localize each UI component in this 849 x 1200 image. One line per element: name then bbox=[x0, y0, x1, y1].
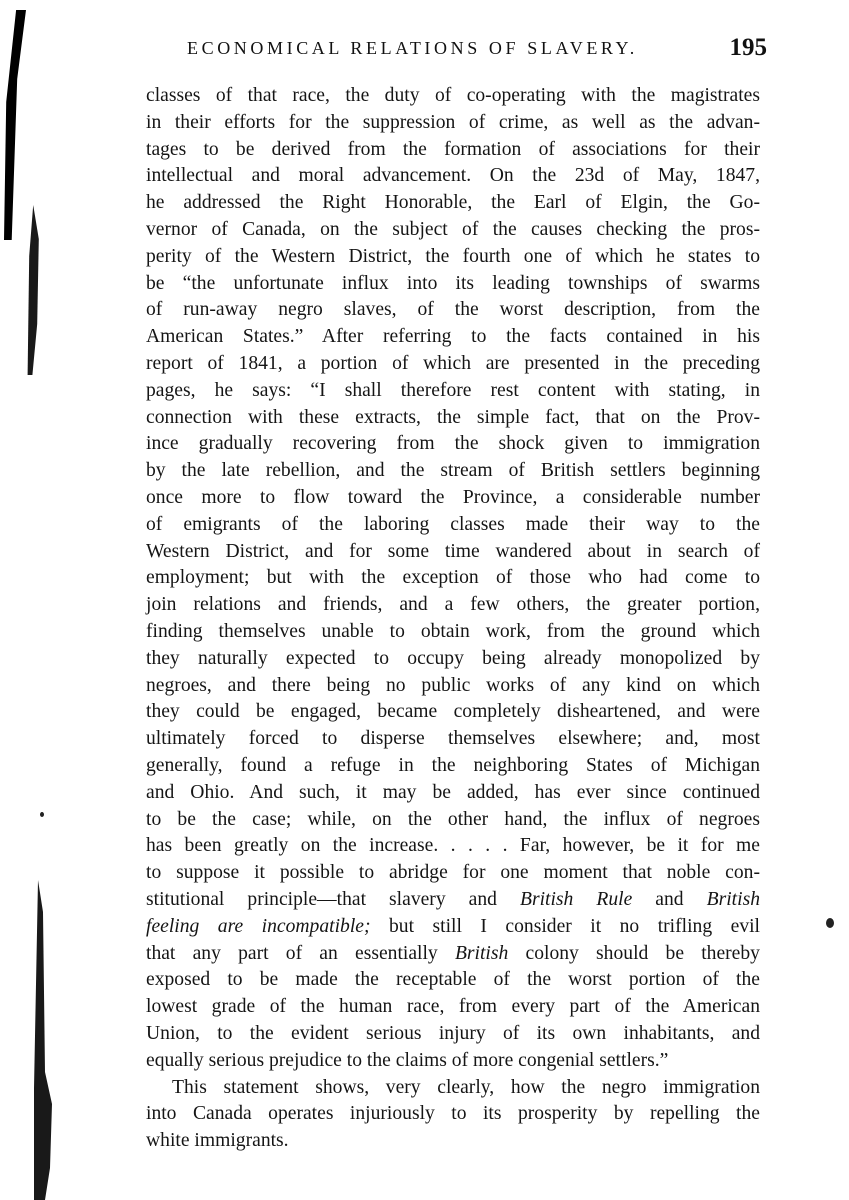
text-line: equally serious prejudice to the claims … bbox=[146, 1047, 760, 1074]
scan-edge-shadow-mid bbox=[26, 205, 42, 375]
text-run: that any part of an essentially bbox=[146, 943, 455, 964]
text-line: intellectual and moral advancement. On t… bbox=[146, 162, 760, 189]
text-line: generally, found a refuge in the neighbo… bbox=[146, 752, 760, 779]
text-line: Western District, and for some time wand… bbox=[146, 538, 760, 565]
text-line: employment; but with the exception of th… bbox=[146, 564, 760, 591]
text-line: perity of the Western District, the four… bbox=[146, 243, 760, 270]
text-line: of emigrants of the laboring classes mad… bbox=[146, 511, 760, 538]
scan-edge-shadow-top bbox=[4, 10, 26, 240]
text-line: exposed to be made the receptable of the… bbox=[146, 966, 760, 993]
text-run: colony should be thereby bbox=[508, 943, 760, 964]
text-run: but still I consider it no trifling evil bbox=[371, 916, 760, 937]
text-line: once more to flow toward the Province, a… bbox=[146, 484, 760, 511]
italic-run: British Rule bbox=[520, 889, 632, 910]
text-line: into Canada operates injuriously to its … bbox=[146, 1100, 760, 1127]
italic-run: British bbox=[455, 943, 508, 964]
text-line: finding themselves unable to obtain work… bbox=[146, 618, 760, 645]
text-line-with-italics: feeling are incompatible; but still I co… bbox=[146, 913, 760, 940]
text-line: connection with these extracts, the simp… bbox=[146, 404, 760, 431]
page-number: 195 bbox=[730, 34, 768, 62]
italic-run: feeling are incompatible; bbox=[146, 916, 371, 937]
text-line: and Ohio. And such, it may be added, has… bbox=[146, 779, 760, 806]
running-title: ECONOMICAL RELATIONS OF SLAVERY. bbox=[187, 38, 638, 59]
text-line: tages to be derived from the formation o… bbox=[146, 136, 760, 163]
text-line: they naturally expected to occupy being … bbox=[146, 645, 760, 672]
text-line: has been greatly on the increase. . . . … bbox=[146, 832, 760, 859]
text-line: in their efforts for the suppression of … bbox=[146, 109, 760, 136]
text-line: pages, he says: “I shall therefore rest … bbox=[146, 377, 760, 404]
paragraph-first-line: This statement shows, very clearly, how … bbox=[172, 1074, 760, 1101]
text-line: to be the case; while, on the other hand… bbox=[146, 806, 760, 833]
text-line: be “the unfortunate influx into its lead… bbox=[146, 270, 760, 297]
page-header: ECONOMICAL RELATIONS OF SLAVERY. 195 bbox=[187, 34, 767, 64]
scan-speck bbox=[826, 918, 834, 928]
text-line: he addressed the Right Honorable, the Ea… bbox=[146, 189, 760, 216]
text-line: lowest grade of the human race, from eve… bbox=[146, 993, 760, 1020]
italic-run: British bbox=[707, 889, 760, 910]
text-line: to suppose it possible to abridge for on… bbox=[146, 859, 760, 886]
scanned-book-page: ECONOMICAL RELATIONS OF SLAVERY. 195 cla… bbox=[0, 0, 849, 1200]
text-line: by the late rebellion, and the stream of… bbox=[146, 457, 760, 484]
text-line: vernor of Canada, on the subject of the … bbox=[146, 216, 760, 243]
text-line: ince gradually recovering from the shock… bbox=[146, 430, 760, 457]
text-line: classes of that race, the duty of co-ope… bbox=[146, 82, 760, 109]
text-line: of run-away negro slaves, of the worst d… bbox=[146, 296, 760, 323]
text-run: and bbox=[632, 889, 706, 910]
text-line-with-italics: that any part of an essentially British … bbox=[146, 940, 760, 967]
text-line: ultimately forced to disperse themselves… bbox=[146, 725, 760, 752]
scan-edge-shadow-bottom bbox=[34, 880, 54, 1200]
text-line: they could be engaged, became completely… bbox=[146, 698, 760, 725]
text-line: Union, to the evident serious injury of … bbox=[146, 1020, 760, 1047]
text-run: stitutional principle—that slavery and bbox=[146, 889, 520, 910]
text-line: report of 1841, a portion of which are p… bbox=[146, 350, 760, 377]
text-line: negroes, and there being no public works… bbox=[146, 672, 760, 699]
text-line: American States.” After referring to the… bbox=[146, 323, 760, 350]
text-line: white immigrants. bbox=[146, 1127, 760, 1154]
scan-speck bbox=[40, 812, 44, 817]
text-line: join relations and friends, and a few ot… bbox=[146, 591, 760, 618]
text-line-with-italics: stitutional principle—that slavery and B… bbox=[146, 886, 760, 913]
